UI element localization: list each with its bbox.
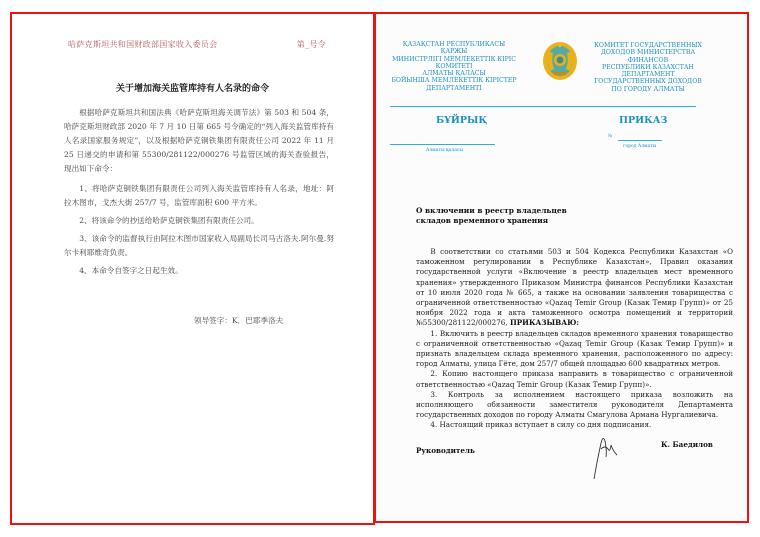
document-kind-ru: ПРИКАЗ: [619, 115, 667, 126]
order-preamble: В соответствии со статьями 503 и 504 Код…: [416, 247, 733, 329]
state-emblem-icon: [542, 41, 578, 81]
document-kind-kz: БҰЙРЫҚ: [436, 115, 487, 126]
russian-original-page: ҚАЗАҚСТАН РЕСПУБЛИКАСЫ ҚАРЖЫ МИНИСТРЛІГІ…: [374, 12, 749, 523]
org-kz-line: ҚАЗАҚСТАН РЕСПУБЛИКАСЫ ҚАРЖЫ: [390, 41, 518, 56]
order-subject: О включении в реестр владельцев складов …: [416, 206, 596, 226]
org-kz-line: КОМИТЕТІ: [390, 63, 518, 70]
zh-signature-line: 领导签字：K．巴耶季洛夫: [194, 315, 283, 326]
date-blank-line: [390, 144, 495, 145]
zh-header-order-no: 第_号令: [297, 39, 326, 50]
order-item: 2. Копию настоящего приказа направить в …: [416, 369, 733, 389]
order-body: В соответствии со статьями 503 и 504 Код…: [416, 247, 733, 431]
zh-paragraph: 4、本命令自签字之日起生效。: [64, 264, 334, 278]
handwritten-signature-icon: [591, 431, 625, 481]
org-kz-line: МИНИСТРЛІГІ МЕМЛЕКЕТТІК КІРІС: [390, 56, 518, 63]
zh-title: 关于增加海关监管库持有人名录的命令: [12, 81, 373, 94]
signer-role: Руководитель: [416, 446, 475, 455]
org-ru-line: ДЕПАРТАМЕНТ: [584, 71, 712, 78]
org-ru-line: РЕСПУБЛИКИ КАЗАХСТАН: [584, 64, 712, 71]
org-ru-line: ПО ГОРОДУ АЛМАТЫ: [584, 86, 712, 93]
org-ru-line: ДОХОДОВ МИНИСТЕРСТВА ФИНАНСОВ: [584, 49, 712, 64]
zh-paragraph: 1、将哈萨克铜铁集团有限责任公司列入海关监管库持有人名录，地址：阿拉木图市，戈杰…: [64, 182, 334, 210]
place-ru: город Алматы: [623, 144, 656, 149]
org-ru-line: ГОСУДАРСТВЕННЫХ ДОХОДОВ: [584, 78, 712, 85]
letterhead-org-ru: КОМИТЕТ ГОСУДАРСТВЕННЫХ ДОХОДОВ МИНИСТЕР…: [584, 42, 712, 93]
order-item: 1. Включить в реестр владельцев складов …: [416, 329, 733, 370]
letterhead-org-kz: ҚАЗАҚСТАН РЕСПУБЛИКАСЫ ҚАРЖЫ МИНИСТРЛІГІ…: [390, 41, 518, 92]
number-sign: №: [608, 134, 612, 139]
letterhead-divider: [390, 106, 696, 107]
org-kz-line: БОЙЫНША МЕМЛЕКЕТТІК КІРІСТЕР: [390, 77, 518, 84]
place-kz: Алматы қаласы: [426, 148, 463, 153]
zh-body: 根据哈萨克斯坦共和国法典《哈萨克斯坦海关调节法》第 503 和 504 条，哈萨…: [64, 106, 334, 282]
zh-letterhead: 哈萨克斯坦共和国财政部国家收入委员会 第_号令: [68, 39, 326, 50]
org-kz-line: ДЕПАРТАМЕНТІ: [390, 85, 518, 92]
zh-paragraph: 2、将该命令的抄送给哈萨克铜铁集团有限责任公司。: [64, 214, 334, 228]
signer-name: К. Баедилов: [661, 440, 713, 449]
preamble-text: В соответствии со статьями 503 и 504 Код…: [416, 247, 733, 327]
chinese-translation-page: 哈萨克斯坦共和国财政部国家收入委员会 第_号令 关于增加海关监管库持有人名录的命…: [10, 12, 375, 525]
org-ru-line: КОМИТЕТ ГОСУДАРСТВЕННЫХ: [584, 42, 712, 49]
order-word: ПРИКАЗЫВАЮ:: [510, 318, 579, 327]
zh-header-org: 哈萨克斯坦共和国财政部国家收入委员会: [68, 40, 217, 49]
order-item: 3. Контроль за исполнением настоящего пр…: [416, 390, 733, 421]
zh-paragraph: 根据哈萨克斯坦共和国法典《哈萨克斯坦海关调节法》第 503 和 504 条，哈萨…: [64, 106, 334, 176]
number-blank-line: [618, 140, 662, 141]
order-item: 4. Настоящий приказ вступает в силу со д…: [416, 420, 733, 430]
zh-paragraph: 3、该命令的监督执行由阿拉木图市国家收入局副局长司马古洛夫.阿尔曼.努尔卡利耶维…: [64, 232, 334, 260]
